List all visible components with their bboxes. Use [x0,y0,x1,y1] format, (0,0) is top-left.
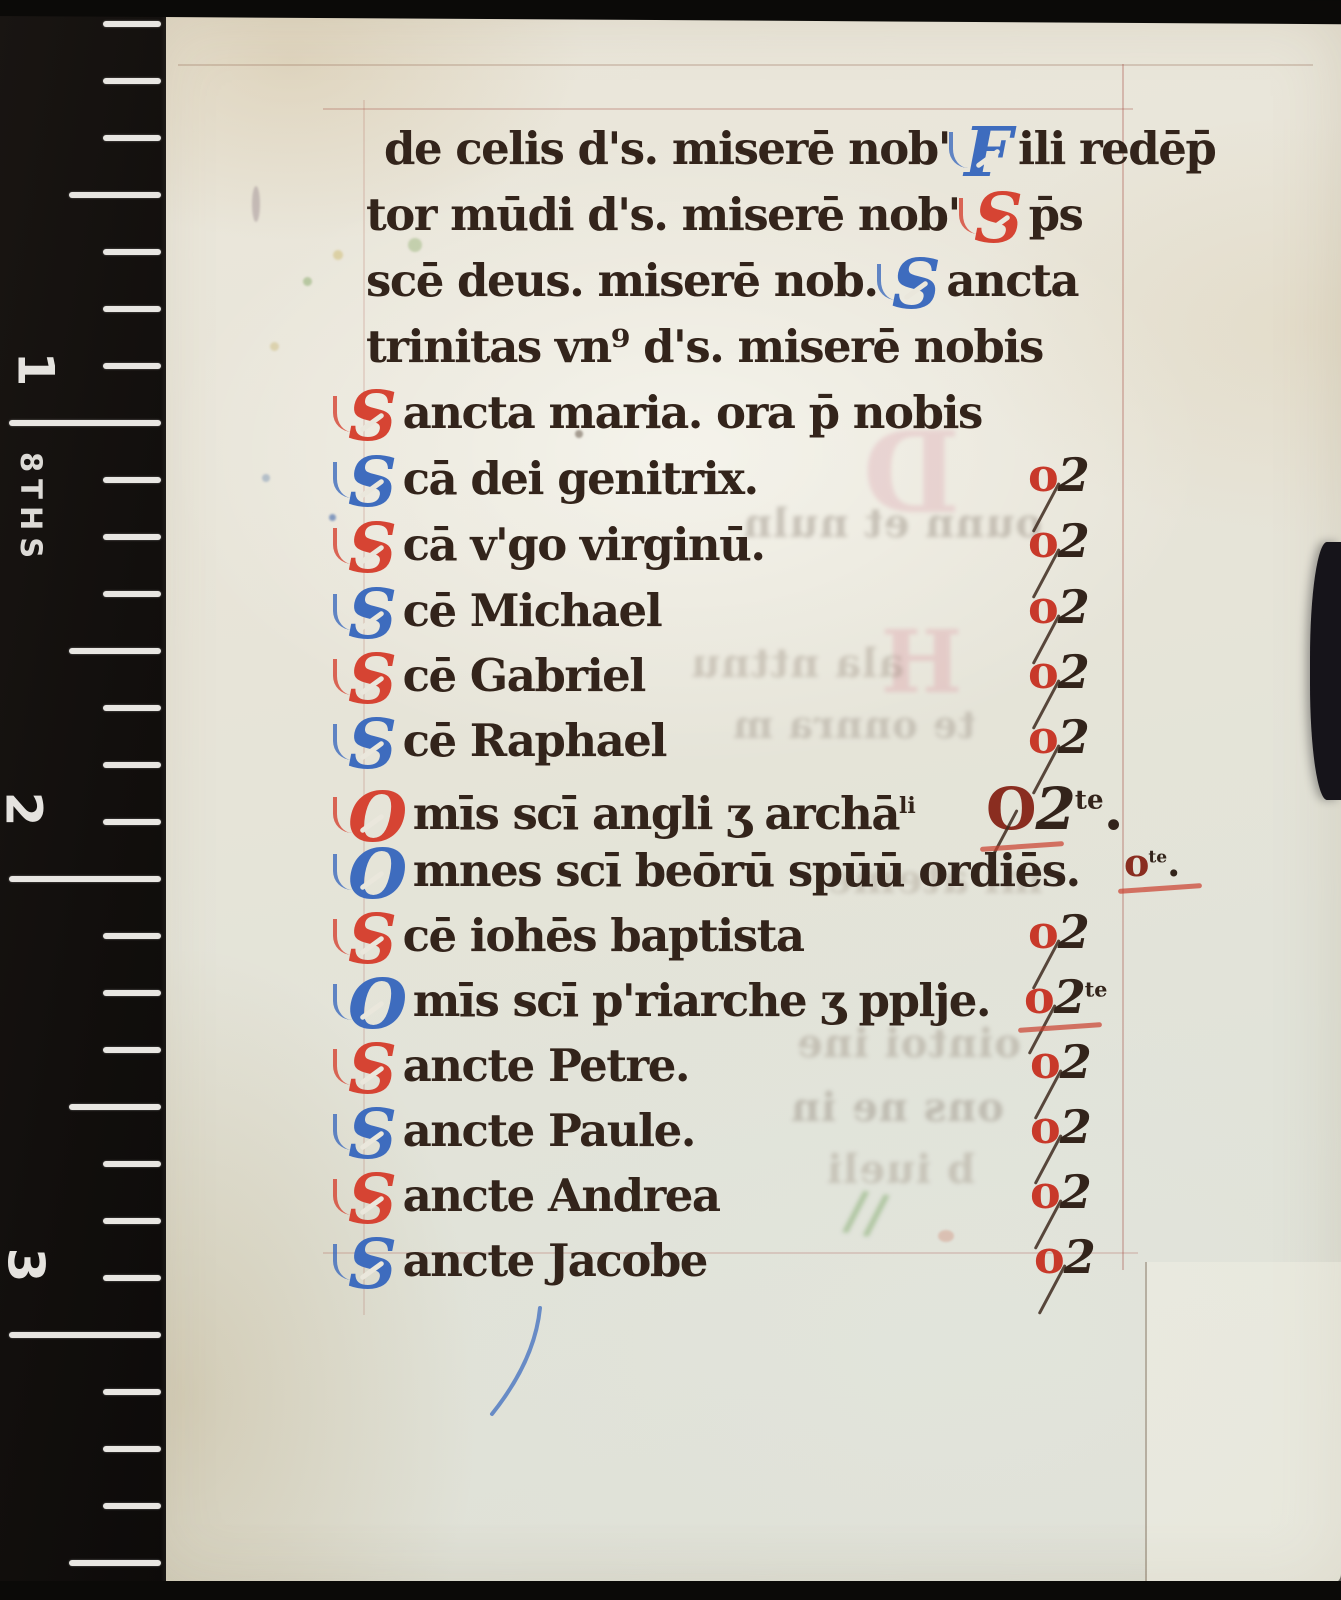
ruled-line-horizontal-text-top [323,108,1133,110]
response-superscript: te [1075,785,1104,816]
ruler: 123 8THS [0,0,166,1600]
litany-response: o2 [1034,1230,1095,1284]
litany-response: o2 [1030,1035,1091,1089]
ruler-tick [103,1047,161,1053]
ghost-showthrough-text: H [880,612,962,713]
text-line: Sancta maria. ora p̄ nobis [348,382,982,444]
ruler-tick [69,1104,161,1110]
response-o: O [986,775,1036,843]
response-r-rotunda: 2 [1058,514,1089,568]
illuminated-initial: S [348,1043,396,1097]
pen-flourish-tail [478,1300,578,1425]
ruler-tick [103,990,161,996]
ruler-unit-label: 8THS [14,452,48,565]
litany-text: mīs scī p'riarche ʒ pplje. [413,974,990,1027]
text-line: Scē iohēs baptista [348,905,804,967]
ghost-showthrough-text: ons ne in [790,1084,1004,1131]
illuminated-initial: S [348,1108,396,1162]
response-o: o [1028,710,1058,764]
ink-speck [262,474,270,482]
backing-card-strip [1147,1262,1341,1584]
litany-text: cā dei genitrix. [403,452,758,505]
ruler-tick [9,1332,161,1338]
response-o: o [1028,645,1058,699]
ruler-tick [103,78,161,84]
ruler-tick [69,648,161,654]
litany-text: ancta [946,254,1078,307]
response-r-rotunda: 2 [1058,645,1089,699]
text-line: Sancte Andrea [348,1165,720,1227]
text-line: Scā dei genitrix. [348,448,758,510]
litany-response: o2 [1028,645,1089,699]
ruler-tick [103,1446,161,1452]
text-line: Omnes scī beōrū spūū ordiēs. [348,840,1080,902]
illuminated-initial: F [964,126,1011,180]
illuminated-initial: O [348,848,406,902]
ruler-tick [103,705,161,711]
litany-text: ancte Petre. [403,1039,689,1092]
ink-speck [303,277,312,286]
response-o: o [1028,905,1058,959]
litany-response: o2 [1030,1165,1091,1219]
litany-text: trinitas vn⁹ d's. miserē nobis [366,320,1043,373]
litany-text: cē Gabriel [403,649,645,702]
ruler-tick [103,762,161,768]
ruler-tick [69,192,161,198]
response-o: o [1028,580,1058,634]
ghost-showthrough-text: b iueli [826,1146,975,1193]
litany-text: cē Michael [403,584,662,637]
ruler-inch-label: 2 [0,792,52,827]
ruler-tick [103,1275,161,1281]
ruler-tick [103,249,161,255]
ruler-tick [103,591,161,597]
ink-speck [938,1230,954,1242]
ink-speck [329,514,336,521]
superscript-abbreviation: li [899,793,916,819]
illuminated-initial: S [348,1173,396,1227]
ghost-showthrough-text: ∕∕ [841,1177,893,1247]
response-o: o [1028,514,1058,568]
text-line: Scē Raphael [348,710,666,772]
litany-text: cē iohēs baptista [403,909,804,962]
text-line: scē deus. miserē nob. Sancta [366,250,1078,312]
litany-response: O2te. [986,775,1123,843]
illuminated-initial: S [348,390,396,444]
response-o: o [1030,1035,1060,1089]
text-line: Scā v'go virginū. [348,514,765,576]
illuminated-initial: S [974,192,1022,246]
response-dot: . [1104,775,1123,843]
illuminated-initial: S [348,913,396,967]
ruled-line-horizontal-top [178,64,1313,66]
ruled-line-right-margin [1122,64,1124,1270]
ruler-inch-label: 3 [0,1248,54,1283]
response-r-rotunda: 2 [1058,710,1089,764]
ruler-tick [103,21,161,27]
response-r-rotunda: 2 [1064,1230,1095,1284]
litany-text: p̄s [1029,188,1083,241]
litany-response: o2 [1028,710,1089,764]
litany-response: o2 [1030,1100,1091,1154]
response-r-rotunda: 2 [1058,448,1089,502]
response-o: o [1024,970,1054,1024]
litany-response: o2 [1028,580,1089,634]
ruler-tick [103,1503,161,1509]
text-line: Scē Gabriel [348,645,645,707]
ghost-showthrough-text: ala nttnu [690,640,904,687]
manuscript-leaf: DHounn et nulnala nttnute onnra mmi atem… [148,12,1341,1584]
litany-response: o2te [1024,970,1107,1024]
litany-text: ancte Andrea [403,1169,720,1222]
illuminated-initial: S [348,456,396,510]
litany-response: o2 [1028,905,1089,959]
text-line: Omīs scī p'riarche ʒ pplje. [348,970,990,1032]
manuscript-photo-scene: DHounn et nulnala nttnute onnra mmi atem… [0,0,1341,1600]
ruler-inch-label: 1 [6,352,64,387]
response-r-rotunda: 2 [1060,1035,1091,1089]
response-r-rotunda: 2 [1060,1100,1091,1154]
litany-text: scē deus. miserē nob. [366,254,892,307]
illuminated-initial: O [348,978,406,1032]
litany-text: cē Raphael [403,714,666,767]
response-dot: . [1167,840,1179,885]
litany-text: de celis d's. miserē nob' [384,122,964,175]
litany-text: cā v'go virginū. [403,518,765,571]
ruler-tick [9,876,161,882]
ruler-tick [103,933,161,939]
litany-response: o2 [1028,448,1089,502]
text-line: tor mūdi d's. miserē nob' Sp̄s [366,184,1082,246]
ruler-tick [103,819,161,825]
text-line: Scē Michael [348,580,661,642]
leaf-edge-crease [1145,1262,1147,1584]
ink-speck [333,250,343,260]
litany-response: o2 [1028,514,1089,568]
litany-response: ote. [1124,840,1179,885]
illuminated-initial: S [348,1238,396,1292]
response-r-rotunda: 2 [1054,970,1085,1024]
litany-text: ancta maria. ora p̄ nobis [403,386,982,439]
response-o: o [1030,1100,1060,1154]
ruler-tick [103,306,161,312]
photo-bottom-edge [0,1581,1341,1600]
response-r-rotunda: 2 [1036,775,1075,843]
text-line: Omīs scī angli ʒ archāli [348,775,916,845]
ruler-tick [103,477,161,483]
response-superscript: te [1085,978,1108,1002]
shadow-notch-right-edge [1310,542,1341,800]
text-line: Sancte Paule. [348,1100,695,1162]
ruler-tick [103,1161,161,1167]
ghost-showthrough-text: ounn et nuln [742,500,1042,547]
ruler-tick [69,1560,161,1566]
ruler-tick [103,135,161,141]
ruler-tick [103,1218,161,1224]
litany-text: ancte Paule. [403,1104,695,1157]
ink-speck [270,342,279,351]
ink-speck [252,186,260,222]
response-r-rotunda: 2 [1058,580,1089,634]
response-superscript: te [1148,847,1167,867]
text-line: Sancte Petre. [348,1035,689,1097]
response-r-rotunda: 2 [1060,1165,1091,1219]
ruler-tick [103,1389,161,1395]
text-line: trinitas vn⁹ d's. miserē nobis [366,316,1043,378]
response-o: o [1034,1230,1064,1284]
response-o: o [1124,840,1148,885]
text-line: de celis d's. miserē nob' Fili redēp̄ [384,118,1215,180]
illuminated-initial: S [348,653,396,707]
litany-text: ancte Jacobe [403,1234,707,1287]
litany-text: mīs scī angli ʒ archā [413,787,899,840]
illuminated-initial: S [348,588,396,642]
ruler-tick [103,534,161,540]
litany-text: tor mūdi d's. miserē nob' [366,188,974,241]
ghost-showthrough-text: te onnra m [732,702,976,747]
text-line: Sancte Jacobe [348,1230,707,1292]
ruler-tick [103,363,161,369]
illuminated-initial: S [892,258,940,312]
response-o: o [1028,448,1058,502]
response-o: o [1030,1165,1060,1219]
response-r-rotunda: 2 [1058,905,1089,959]
litany-text: mnes scī beōrū spūū ordiēs. [413,844,1080,897]
litany-text: ili redēp̄ [1018,122,1215,175]
illuminated-initial: S [348,522,396,576]
illuminated-initial: S [348,718,396,772]
ruler-tick [9,420,161,426]
